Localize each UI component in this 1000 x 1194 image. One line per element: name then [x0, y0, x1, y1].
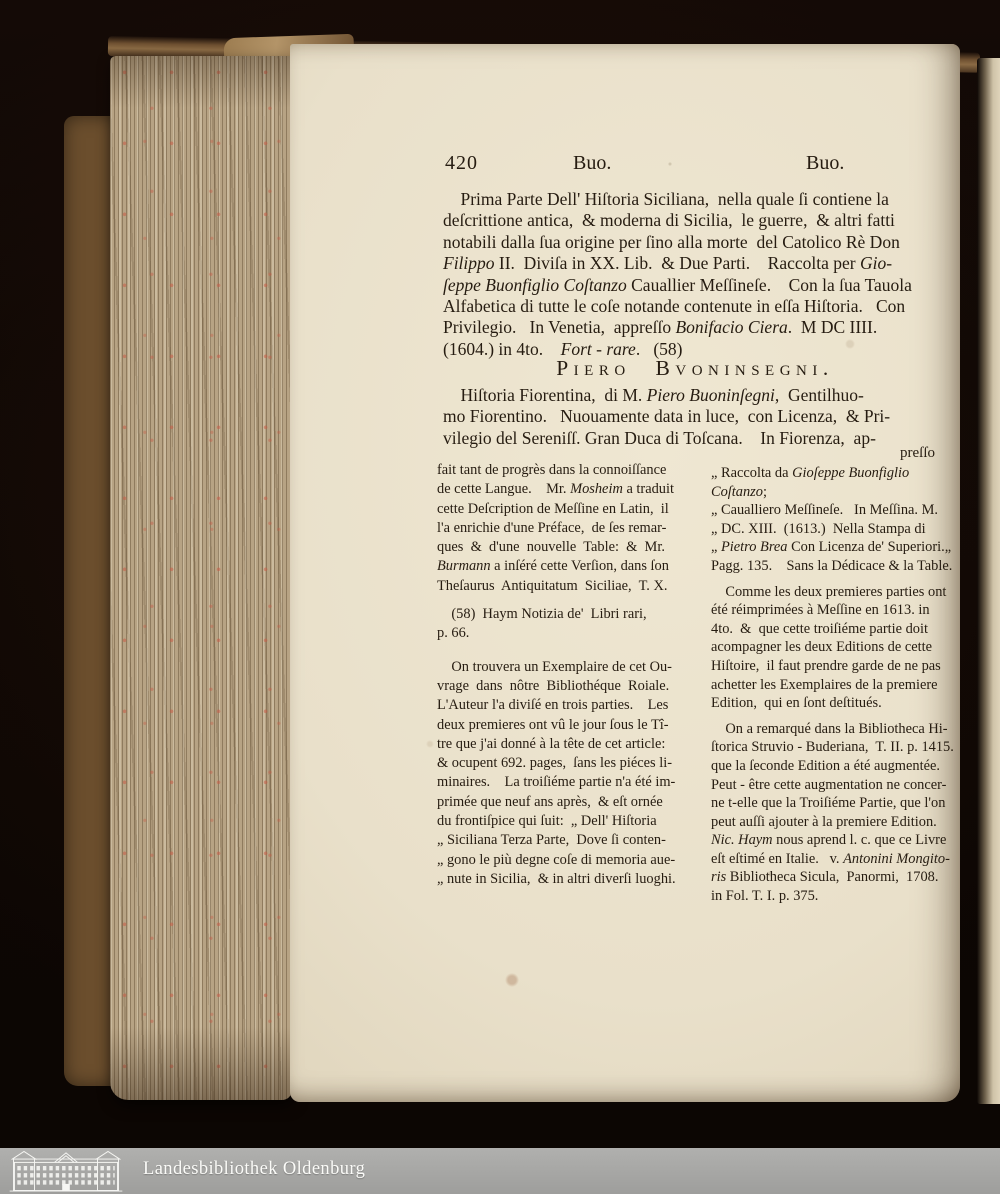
note-exemplaire: On trouvera un Exemplaire de cet Ou-vrag… — [437, 658, 713, 890]
note-reimpression: Comme les deux premieres parties ontété … — [711, 583, 965, 713]
footnote-58-reference: (58) Haym Notizia de' Libri rari,p. 66. — [437, 605, 713, 644]
scan-photo-background: 420 Buo. Buo. Prima Parte Dell' Hiſtoria… — [0, 0, 1000, 1194]
footnote-column-left: fait tant de progrès dans la connoiſſanc… — [437, 461, 713, 889]
note-bibliotheca: On a remarqué dans la Bibliotheca Hi-ſto… — [711, 720, 965, 906]
entry-paragraph-historia-fiorentina: Hiſtoria Fiorentina, di M. Piero Buoninſ… — [443, 385, 949, 449]
entry-paragraph-historia-siciliana: Prima Parte Dell' Hiſtoria Siciliana, ne… — [443, 189, 949, 360]
book-spine-leather-edge — [64, 116, 116, 1086]
note-language-continuation: fait tant de progrès dans la connoiſſanc… — [437, 461, 713, 596]
footnote-column-right: „ Raccolta da Gioſeppe Buonfiglio Coſtan… — [711, 464, 965, 906]
library-name: Landesbibliothek Oldenburg — [143, 1159, 365, 1180]
note-quoted-title-continuation: „ Raccolta da Gioſeppe Buonfiglio Coſtan… — [711, 464, 965, 576]
library-footer-bar: Landesbibliothek Oldenburg — [0, 1148, 1000, 1194]
catchword: preſſo — [443, 445, 935, 462]
section-heading-piero-buoninsegni: Piero Bvoninsegni. — [443, 356, 947, 381]
page-number: 420 — [445, 152, 478, 175]
book-page-stack-edge — [110, 56, 292, 1100]
running-head: 420 Buo. Buo. — [445, 152, 942, 178]
library-building-icon — [7, 1150, 125, 1192]
facing-page-sliver — [977, 58, 1000, 1104]
running-title-left: Buo. — [573, 152, 611, 175]
running-title-right: Buo. — [806, 152, 844, 175]
